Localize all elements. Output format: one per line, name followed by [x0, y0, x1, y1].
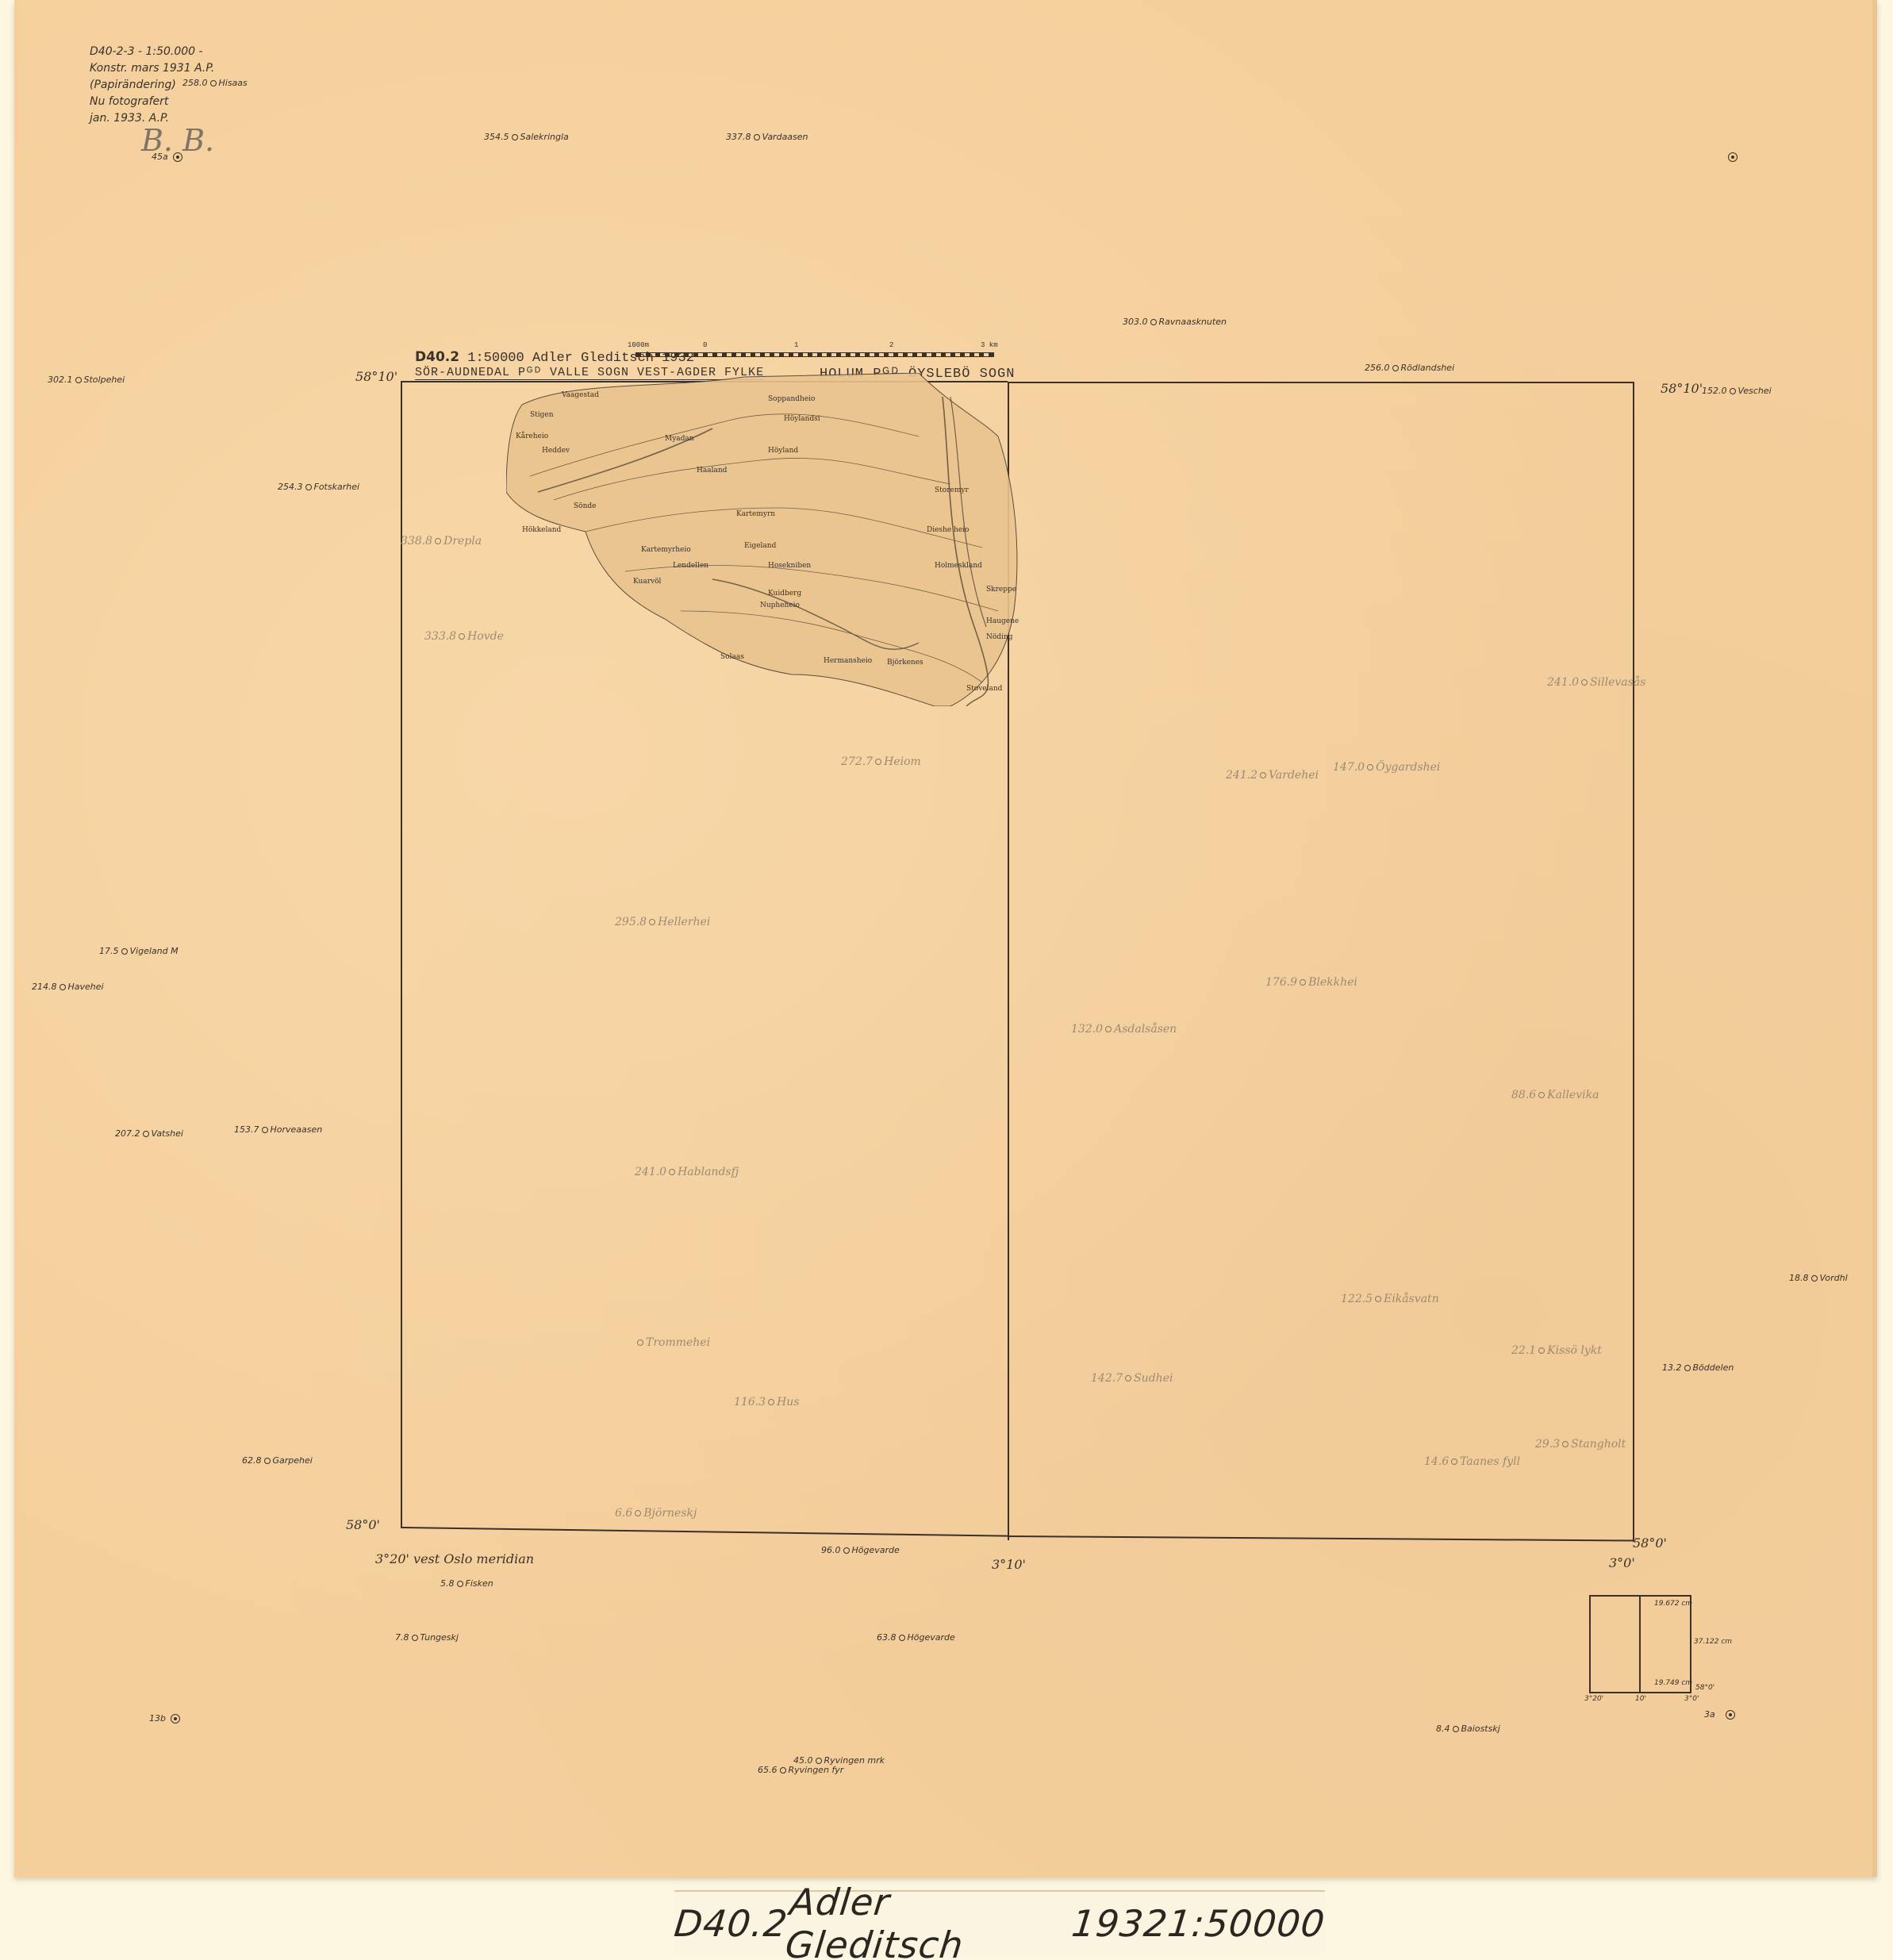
elevation-value: 254.3 — [278, 482, 303, 492]
frame-bottom-right — [1008, 1535, 1634, 1542]
place-name: Ryvingen fyr — [789, 1765, 844, 1775]
elevation-value: 153.7 — [234, 1124, 259, 1135]
svg-text:Nöding: Nöding — [986, 633, 1013, 641]
point-circle-icon — [512, 134, 518, 140]
point-circle-icon — [1811, 1275, 1818, 1282]
place-name: Vigeland M — [130, 946, 179, 956]
elevation-value: 122.5 — [1341, 1293, 1373, 1305]
trig-point: 303.0Ravnaasknuten — [1123, 317, 1227, 327]
place-name: Fotskarhei — [314, 482, 360, 492]
point-circle-icon — [843, 1547, 850, 1554]
label-scale: 1:50000 — [1165, 1902, 1327, 1945]
elevation-value: 45.0 — [793, 1755, 813, 1766]
elevation-value: 96.0 — [821, 1545, 841, 1555]
trig-point: 17.5Vigeland M — [99, 946, 179, 956]
trig-point: 295.8Hellerhei — [615, 916, 710, 928]
point-circle-icon — [754, 134, 760, 140]
place-name: Vardehei — [1269, 769, 1319, 782]
elevation-value: 152.0 — [1702, 386, 1727, 396]
place-name: Hisaas — [219, 78, 248, 88]
trig-station-label: 3a — [1704, 1709, 1715, 1720]
place-name: Vatshei — [152, 1128, 183, 1139]
index-lat: 58°0' — [1695, 1684, 1714, 1692]
elevation-value: 14.6 — [1424, 1455, 1449, 1468]
place-name: Garpehei — [273, 1455, 313, 1466]
place-name: Rödlandshei — [1401, 363, 1455, 373]
elevation-value: 176.9 — [1265, 976, 1297, 989]
point-circle-icon — [1367, 764, 1373, 771]
trig-point: 18.8Vordhl — [1789, 1273, 1848, 1283]
point-circle-icon — [899, 1635, 905, 1641]
frame-top-right — [1008, 382, 1634, 383]
point-circle-icon — [816, 1758, 822, 1764]
svg-text:Kuarvöl: Kuarvöl — [633, 578, 661, 586]
lat-label-top-right: 58°10' — [1661, 381, 1703, 396]
point-circle-icon — [1260, 772, 1266, 778]
elevation-value: 295.8 — [615, 916, 647, 928]
point-circle-icon — [635, 1510, 641, 1516]
trig-point: 337.8Vardaasen — [726, 132, 808, 142]
place-name: Asdalsåsen — [1114, 1023, 1177, 1036]
note-line: Konstr. mars 1931 A.P. — [90, 60, 214, 77]
svg-text:Solaas: Solaas — [720, 653, 744, 661]
lon-label-mid: 3°10' — [992, 1557, 1026, 1572]
place-name: Kallevika — [1547, 1089, 1599, 1101]
trig-point: 241.0Sillevasås — [1547, 676, 1645, 689]
point-circle-icon — [210, 80, 217, 86]
place-name: Ryvingen mrk — [824, 1755, 885, 1766]
place-name: Havehei — [68, 982, 104, 992]
point-circle-icon — [1684, 1365, 1691, 1371]
svg-text:Kåreheio: Kåreheio — [516, 431, 548, 440]
place-name: Högevarde — [908, 1632, 955, 1643]
svg-text:Björkenes: Björkenes — [887, 659, 923, 667]
trig-point: 207.2Vatshei — [115, 1128, 183, 1139]
place-name: Sudhei — [1134, 1372, 1173, 1385]
trig-point: 272.7Heiom — [841, 755, 921, 768]
point-circle-icon — [780, 1767, 786, 1774]
elevation-value: 333.8 — [424, 630, 456, 643]
svg-text:Dieshe heio: Dieshe heio — [927, 526, 969, 534]
trig-point: Trommehei — [635, 1336, 710, 1349]
point-circle-icon — [768, 1399, 774, 1405]
trig-point: 214.8Havehei — [32, 982, 104, 992]
trig-station-icon — [171, 1714, 180, 1724]
elevation-value: 63.8 — [877, 1632, 897, 1643]
point-circle-icon — [1392, 365, 1399, 371]
point-circle-icon — [143, 1131, 149, 1137]
trig-point: 258.0Hisaas — [182, 78, 248, 88]
trig-point: 176.9Blekkhei — [1265, 976, 1357, 989]
place-name: Sillevasås — [1590, 676, 1645, 689]
place-name: Björneskj — [643, 1507, 697, 1520]
place-name: Stangholt — [1571, 1438, 1626, 1451]
point-circle-icon — [1300, 979, 1306, 986]
svg-text:Haugene: Haugene — [986, 617, 1019, 625]
trig-point: 13.2Böddelen — [1662, 1362, 1734, 1373]
point-circle-icon — [412, 1635, 418, 1641]
note-line: Nu fotografert — [90, 94, 214, 110]
elevation-value: 8.4 — [1436, 1724, 1450, 1734]
svg-text:Lendellen: Lendellen — [673, 562, 708, 570]
elevation-value: 207.2 — [115, 1128, 140, 1139]
trig-point: 63.8Högevarde — [877, 1632, 955, 1643]
elevation-value: 338.8 — [401, 535, 432, 548]
trig-point: 5.8Fisken — [440, 1578, 493, 1589]
note-line: D40-2-3 - 1:50.000 - — [90, 44, 214, 60]
trig-point: 142.7Sudhei — [1091, 1372, 1173, 1385]
place-name: Högevarde — [852, 1545, 900, 1555]
place-name: Böddelen — [1693, 1362, 1734, 1373]
svg-text:Holmeskland: Holmeskland — [935, 562, 982, 570]
map-sheet: D40-2-3 - 1:50.000 - Konstr. mars 1931 A… — [14, 0, 1877, 1877]
elevation-value: 13.2 — [1662, 1362, 1682, 1373]
place-name: Tungeskj — [420, 1632, 459, 1643]
place-name: Kissö lykt — [1547, 1344, 1602, 1357]
trig-point: 153.7Horveaasen — [234, 1124, 322, 1135]
svg-text:Stoveland: Stoveland — [966, 685, 1003, 693]
elevation-value: 354.5 — [484, 132, 509, 142]
place-name: Hellerhei — [658, 916, 710, 928]
trig-point: 116.3Hus — [734, 1396, 800, 1409]
scale-label: 1000m — [628, 341, 649, 349]
svg-text:Kartemyrheio: Kartemyrheio — [641, 546, 691, 554]
trig-station-icon — [1726, 1710, 1735, 1720]
trig-point: 241.0Hablandsfj — [635, 1166, 739, 1178]
svg-text:Vaagestad: Vaagestad — [561, 391, 599, 399]
svg-text:Hökkeland: Hökkeland — [522, 526, 562, 534]
point-circle-icon — [637, 1339, 643, 1346]
point-circle-icon — [305, 484, 312, 490]
place-name: Hablandsfj — [678, 1166, 739, 1178]
elevation-value: 116.3 — [734, 1396, 766, 1409]
elevation-value: 7.8 — [395, 1632, 409, 1643]
point-circle-icon — [875, 759, 881, 765]
place-name: Heiom — [884, 755, 921, 768]
elevation-value: 5.8 — [440, 1578, 455, 1589]
svg-text:Kuidberg: Kuidberg — [768, 590, 801, 598]
place-name: Drepla — [443, 535, 482, 548]
trig-station-icon — [1728, 152, 1737, 162]
svg-text:Haaland: Haaland — [697, 467, 728, 475]
scale-label: 3 km — [981, 341, 998, 349]
index-side-dim: 37.122 cm — [1694, 1638, 1732, 1646]
place-name: Ravnaasknuten — [1159, 317, 1227, 327]
svg-text:Hermansheio: Hermansheio — [824, 657, 872, 665]
place-name: Stolpehei — [84, 375, 125, 385]
point-circle-icon — [1581, 679, 1588, 686]
scale-bar-graphic — [635, 352, 994, 357]
lat-label-top-left: 58°10' — [355, 369, 397, 384]
svg-text:Nupheheio: Nupheheio — [760, 601, 800, 609]
trig-point: 338.8Drepla — [401, 535, 482, 548]
trig-point: 132.0Asdalsåsen — [1071, 1023, 1177, 1036]
trig-point: 14.6Taanes fyll — [1424, 1455, 1520, 1468]
frame-left — [401, 381, 402, 1528]
elevation-value: 337.8 — [726, 132, 751, 142]
place-name: Veschei — [1738, 386, 1772, 396]
label-sheet-id: D40.2 — [672, 1902, 790, 1945]
point-circle-icon — [1105, 1026, 1112, 1032]
trig-point: 8.4Baiostskj — [1436, 1724, 1500, 1734]
elevation-value: 65.6 — [758, 1765, 778, 1775]
place-name: Salekringla — [520, 132, 569, 142]
sheet-id: D40.2 — [415, 349, 459, 365]
svg-text:Sönde: Sönde — [574, 502, 596, 510]
elevation-value: 256.0 — [1365, 363, 1390, 373]
svg-text:Heddev: Heddev — [542, 447, 570, 455]
point-circle-icon — [75, 377, 82, 383]
svg-text:Myadan: Myadan — [665, 435, 694, 443]
place-name: Baiostskj — [1461, 1724, 1500, 1734]
elevation-value: 29.3 — [1535, 1438, 1560, 1451]
index-diagram: 19.672 cm 37.122 cm 19.749 cm 58°0' 3°20… — [1589, 1595, 1691, 1693]
index-lon-mid: 10' — [1635, 1695, 1646, 1703]
svg-text:Hosekniben: Hosekniben — [768, 562, 811, 570]
place-name: Taanes fyll — [1460, 1455, 1520, 1468]
trig-point: 241.2Vardehei — [1226, 769, 1319, 782]
lat-label-bottom-right: 58°0' — [1633, 1535, 1667, 1551]
trig-point: 45.0Ryvingen mrk — [793, 1755, 885, 1766]
point-circle-icon — [669, 1169, 675, 1175]
frame-bottom-left — [401, 1527, 1008, 1537]
index-bottom-dim: 19.749 cm — [1654, 1679, 1692, 1687]
point-circle-icon — [649, 919, 655, 925]
place-name: Eikåsvatn — [1384, 1293, 1439, 1305]
label-year: 1932 — [1069, 1902, 1170, 1945]
elevation-value: 302.1 — [48, 375, 73, 385]
trig-station-label: 13b — [149, 1713, 166, 1724]
place-name: Hovde — [467, 630, 504, 643]
trig-point: 122.5Eikåsvatn — [1341, 1293, 1439, 1305]
elevation-value: 17.5 — [99, 946, 119, 956]
lon-label-right: 3°0' — [1609, 1555, 1635, 1570]
point-circle-icon — [457, 1581, 463, 1587]
elevation-value: 88.6 — [1511, 1089, 1536, 1101]
point-circle-icon — [1562, 1441, 1569, 1447]
trig-point: 152.0Veschei — [1702, 386, 1772, 396]
point-circle-icon — [262, 1127, 268, 1133]
place-name: Öygardshei — [1376, 761, 1440, 774]
point-circle-icon — [121, 948, 128, 955]
frame-right — [1633, 383, 1634, 1542]
trig-point: 256.0Rödlandshei — [1365, 363, 1454, 373]
place-name: Blekkhei — [1308, 976, 1357, 989]
catalog-label: D40.2 Adler Gleditsch 1932 1:50000 — [674, 1890, 1325, 1955]
trig-point: 88.6Kallevika — [1511, 1089, 1599, 1101]
svg-text:Skreppe: Skreppe — [986, 586, 1016, 594]
elevation-value: 147.0 — [1333, 761, 1365, 774]
point-circle-icon — [1150, 319, 1157, 325]
elevation-value: 303.0 — [1123, 317, 1148, 327]
scale-label: 0 — [703, 341, 707, 349]
scale-label: 2 — [889, 341, 893, 349]
point-circle-icon — [1451, 1458, 1457, 1465]
trig-point: 62.8Garpehei — [242, 1455, 313, 1466]
trig-point: 29.3Stangholt — [1535, 1438, 1626, 1451]
point-circle-icon — [1453, 1726, 1459, 1732]
trig-station-label: 45a — [152, 152, 168, 162]
elevation-value: 132.0 — [1071, 1023, 1103, 1036]
index-top-dim: 19.672 cm — [1654, 1600, 1692, 1608]
index-divider — [1639, 1597, 1641, 1692]
svg-text:Höylandsi: Höylandsi — [784, 415, 820, 423]
point-circle-icon — [1538, 1092, 1545, 1098]
lon-label-left: 3°20' vest Oslo meridian — [375, 1551, 534, 1566]
svg-text:Storemyr: Storemyr — [935, 486, 969, 494]
place-name: Vordhl — [1820, 1273, 1848, 1283]
trig-station-icon — [173, 152, 182, 162]
place-name: Trommehei — [646, 1336, 710, 1349]
elevation-value: 18.8 — [1789, 1273, 1809, 1283]
elevation-value: 258.0 — [182, 78, 208, 88]
index-lon-left: 3°20' — [1584, 1695, 1603, 1703]
point-circle-icon — [459, 633, 465, 640]
trig-point: 147.0Öygardshei — [1333, 761, 1440, 774]
trig-point: 96.0Högevarde — [821, 1545, 900, 1555]
place-name: Hus — [777, 1396, 799, 1409]
svg-text:Stigen: Stigen — [530, 411, 554, 419]
index-lon-right: 3°0' — [1684, 1695, 1699, 1703]
point-circle-icon — [1730, 388, 1736, 394]
elevation-value: 6.6 — [615, 1507, 632, 1520]
point-circle-icon — [1125, 1375, 1131, 1382]
elevation-value: 241.0 — [635, 1166, 666, 1178]
trig-point: 6.6Björneskj — [615, 1507, 697, 1520]
trig-point: 22.1Kissö lykt — [1511, 1344, 1602, 1357]
elevation-value: 214.8 — [32, 982, 57, 992]
trig-point: 302.1Stolpehei — [48, 375, 125, 385]
elevation-value: 142.7 — [1091, 1372, 1123, 1385]
place-name: Vardaasen — [762, 132, 808, 142]
topographic-map-fragment: Vaagestad Stigen Kåreheio Heddev Myadan … — [506, 373, 1062, 706]
svg-text:Kartemyrn: Kartemyrn — [736, 510, 775, 518]
scale-bar: 1000m 0 1 2 3 km — [628, 341, 1008, 360]
elevation-value: 62.8 — [242, 1455, 262, 1466]
trig-point: 254.3Fotskarhei — [278, 482, 359, 492]
elevation-value: 22.1 — [1511, 1344, 1536, 1357]
elevation-value: 272.7 — [841, 755, 873, 768]
trig-point: 333.8Hovde — [424, 630, 504, 643]
trig-point: 7.8Tungeskj — [395, 1632, 459, 1643]
point-circle-icon — [60, 984, 66, 990]
trig-point: 354.5Salekringla — [484, 132, 569, 142]
place-name: Fisken — [466, 1578, 493, 1589]
lat-label-bottom-left: 58°0' — [346, 1517, 380, 1532]
point-circle-icon — [1375, 1296, 1381, 1302]
elevation-value: 241.0 — [1547, 676, 1579, 689]
elevation-value: 241.2 — [1226, 769, 1258, 782]
scale-label: 1 — [794, 341, 798, 349]
label-author: Adler Gleditsch — [783, 1881, 1076, 1960]
svg-text:Eigeland: Eigeland — [744, 542, 777, 550]
svg-text:Höyland: Höyland — [768, 447, 798, 455]
place-name: Horveaasen — [271, 1124, 323, 1135]
svg-text:Soppandheio: Soppandheio — [768, 395, 815, 403]
trig-point: 65.6Ryvingen fyr — [758, 1765, 843, 1775]
point-circle-icon — [435, 538, 441, 544]
point-circle-icon — [264, 1458, 271, 1464]
point-circle-icon — [1538, 1347, 1545, 1354]
